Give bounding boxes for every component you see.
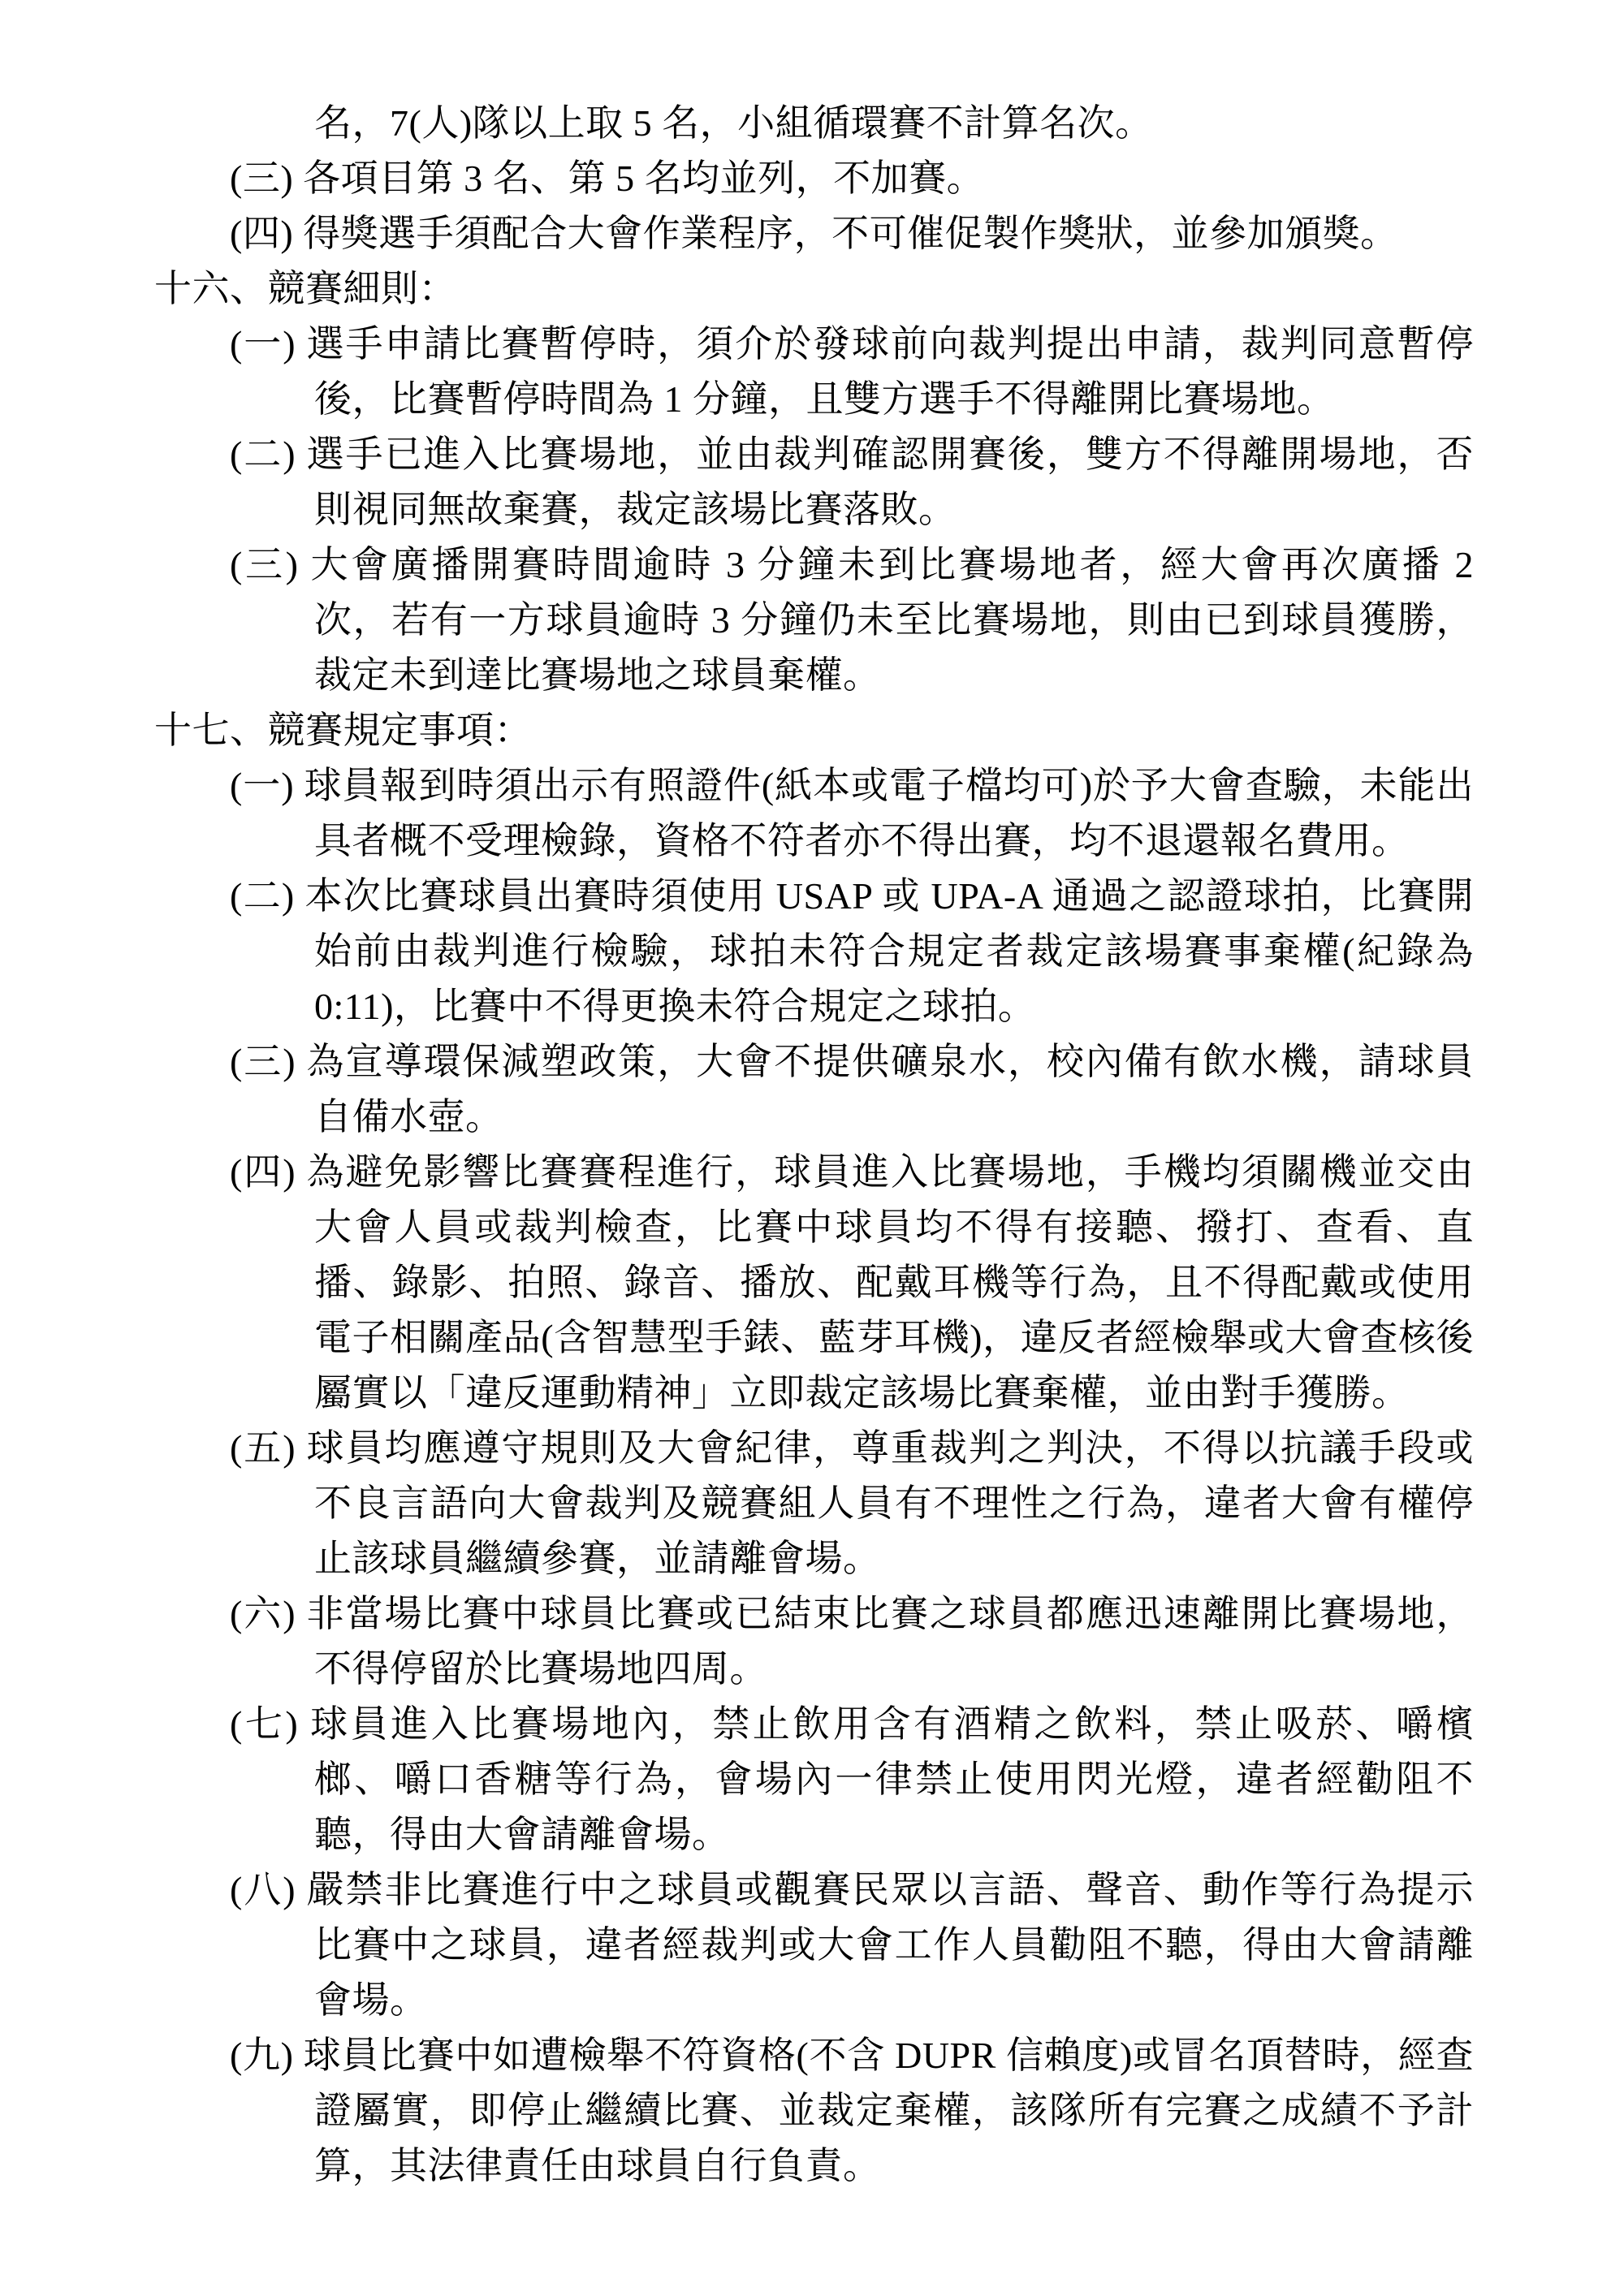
list-item-line: (五) 球員均應遵守規則及大會紀律，尊重裁判之判決，不得以抗議手段或 [154,1421,1474,1476]
document-page: 名，7(人)隊以上取 5 名，小組循環賽不計算名次。 (三) 各項目第 3 名、… [0,0,1624,2296]
list-item-line: (七) 球員進入比賽場地內，禁止飲用含有酒精之飲料，禁止吸菸、嚼檳 [154,1697,1474,1752]
continuation-line: 裁定未到達比賽場地之球員棄權。 [154,648,1474,703]
continuation-line: 不良言語向大會裁判及競賽組人員有不理性之行為，違者大會有權停 [154,1476,1474,1531]
continuation-line: 具者概不受理檢錄，資格不符者亦不得出賽，均不退還報名費用。 [154,814,1474,869]
continuation-line: 0:11)，比賽中不得更換未符合規定之球拍。 [154,979,1474,1034]
list-item-line: (四) 得獎選手須配合大會作業程序，不可催促製作獎狀，並參加頒獎。 [154,206,1474,261]
list-item-line: (三) 大會廣播開賽時間逾時 3 分鐘未到比賽場地者，經大會再次廣播 2 [154,537,1474,593]
continuation-line: 算，其法律責任由球員自行負責。 [154,2138,1474,2194]
continuation-line: 屬實以「違反運動精神」立即裁定該場比賽棄權，並由對手獲勝。 [154,1366,1474,1421]
section-heading: 十六、競賽細則： [154,261,1474,317]
continuation-line: 證屬實，即停止繼續比賽、並裁定棄權，該隊所有完賽之成績不予計 [154,2083,1474,2138]
list-item-line: (二) 選手已進入比賽場地，並由裁判確認開賽後，雙方不得離開場地，否 [154,427,1474,482]
continuation-line: 比賽中之球員，違者經裁判或大會工作人員勸阻不聽，得由大會請離 [154,1918,1474,1973]
continuation-line: 榔、嚼口香糖等行為，會場內一律禁止使用閃光燈，違者經勸阻不 [154,1752,1474,1807]
list-item-line: (八) 嚴禁非比賽進行中之球員或觀賽民眾以言語、聲音、動作等行為提示 [154,1862,1474,1918]
list-item-line: (四) 為避免影響比賽賽程進行，球員進入比賽場地，手機均須關機並交由 [154,1145,1474,1200]
continuation-line: 不得停留於比賽場地四周。 [154,1642,1474,1697]
list-item-line: (三) 各項目第 3 名、第 5 名均並列，不加賽。 [154,151,1474,206]
continuation-line: 播、錄影、拍照、錄音、播放、配戴耳機等行為，且不得配戴或使用 [154,1255,1474,1310]
continuation-line: 會場。 [154,1973,1474,2028]
continuation-line: 名，7(人)隊以上取 5 名，小組循環賽不計算名次。 [154,96,1474,151]
continuation-line: 自備水壺。 [154,1090,1474,1145]
continuation-line: 次，若有一方球員逾時 3 分鐘仍未至比賽場地，則由已到球員獲勝， [154,593,1474,648]
list-item-line: (一) 球員報到時須出示有照證件(紙本或電子檔均可)於予大會查驗，未能出 [154,758,1474,814]
list-item-line: (二) 本次比賽球員出賽時須使用 USAP 或 UPA-A 通過之認證球拍，比賽… [154,869,1474,924]
list-item-line: (一) 選手申請比賽暫停時，須介於發球前向裁判提出申請，裁判同意暫停 [154,317,1474,372]
list-item-line: (三) 為宣導環保減塑政策，大會不提供礦泉水，校內備有飲水機，請球員 [154,1034,1474,1090]
continuation-line: 聽，得由大會請離會場。 [154,1807,1474,1862]
document-text-block: 名，7(人)隊以上取 5 名，小組循環賽不計算名次。 (三) 各項目第 3 名、… [154,96,1474,2194]
continuation-line: 後，比賽暫停時間為 1 分鐘，且雙方選手不得離開比賽場地。 [154,372,1474,427]
continuation-line: 電子相關產品(含智慧型手錶、藍芽耳機)，違反者經檢舉或大會查核後 [154,1310,1474,1366]
continuation-line: 止該球員繼續參賽，並請離會場。 [154,1531,1474,1586]
continuation-line: 則視同無故棄賽，裁定該場比賽落敗。 [154,482,1474,537]
list-item-line: (六) 非當場比賽中球員比賽或已結束比賽之球員都應迅速離開比賽場地， [154,1586,1474,1642]
continuation-line: 大會人員或裁判檢查，比賽中球員均不得有接聽、撥打、查看、直 [154,1200,1474,1255]
section-heading: 十七、競賽規定事項： [154,703,1474,758]
list-item-line: (九) 球員比賽中如遭檢舉不符資格(不含 DUPR 信賴度)或冒名頂替時，經查 [154,2028,1474,2083]
continuation-line: 始前由裁判進行檢驗，球拍未符合規定者裁定該場賽事棄權(紀錄為 [154,924,1474,979]
